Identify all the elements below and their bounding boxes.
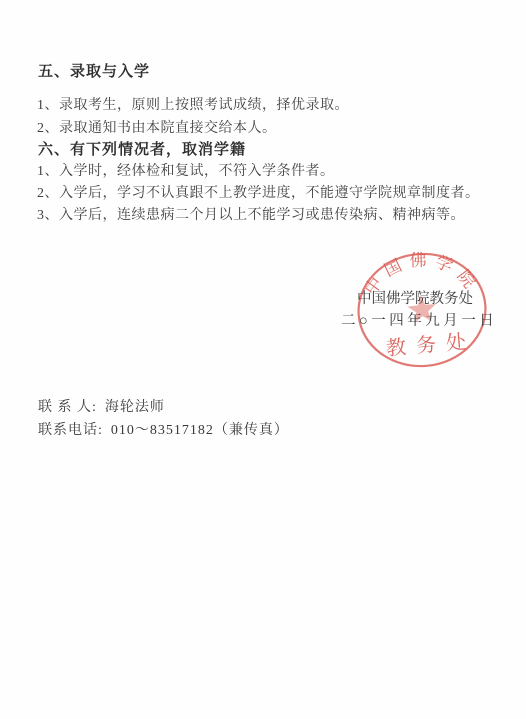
contact-phone-line: 联系电话:010～83517182（兼传真） bbox=[38, 419, 289, 439]
contact-person-line: 联 系 人:海轮法师 bbox=[38, 396, 165, 416]
signature-date: 二○一四年九月一日 bbox=[341, 309, 497, 330]
section-6-item-2: 2、入学后，学习不认真跟不上教学进度，不能遵守学院规章制度者。 bbox=[37, 182, 480, 202]
contact-phone-value: 010～83517182（兼传真） bbox=[111, 423, 289, 438]
section-5-item-2: 2、录取通知书由本院直接交给本人。 bbox=[37, 117, 277, 137]
seal-bottom-text: 教务处 bbox=[385, 329, 477, 360]
section-6-item-3: 3、入学后，连续患病二个月以上不能学习或患传染病、精神病等。 bbox=[37, 204, 465, 224]
contact-phone-label: 联系电话: bbox=[38, 423, 103, 438]
contact-person-value: 海轮法师 bbox=[105, 400, 165, 415]
document-page: 五、录取与入学 1、录取考生，原则上按照考试成绩，择优录取。 2、录取通知书由本… bbox=[0, 0, 526, 719]
signature-org: 中国佛学院教务处 bbox=[357, 287, 473, 308]
contact-person-label: 联 系 人: bbox=[38, 400, 97, 415]
section-5-heading: 五、录取与入学 bbox=[38, 60, 150, 81]
section-5-item-1: 1、录取考生，原则上按照考试成绩，择优录取。 bbox=[37, 94, 349, 114]
section-6-item-1: 1、入学时，经体检和复试，不符入学条件者。 bbox=[37, 160, 335, 180]
section-6-heading: 六、有下列情况者，取消学籍 bbox=[38, 138, 246, 159]
